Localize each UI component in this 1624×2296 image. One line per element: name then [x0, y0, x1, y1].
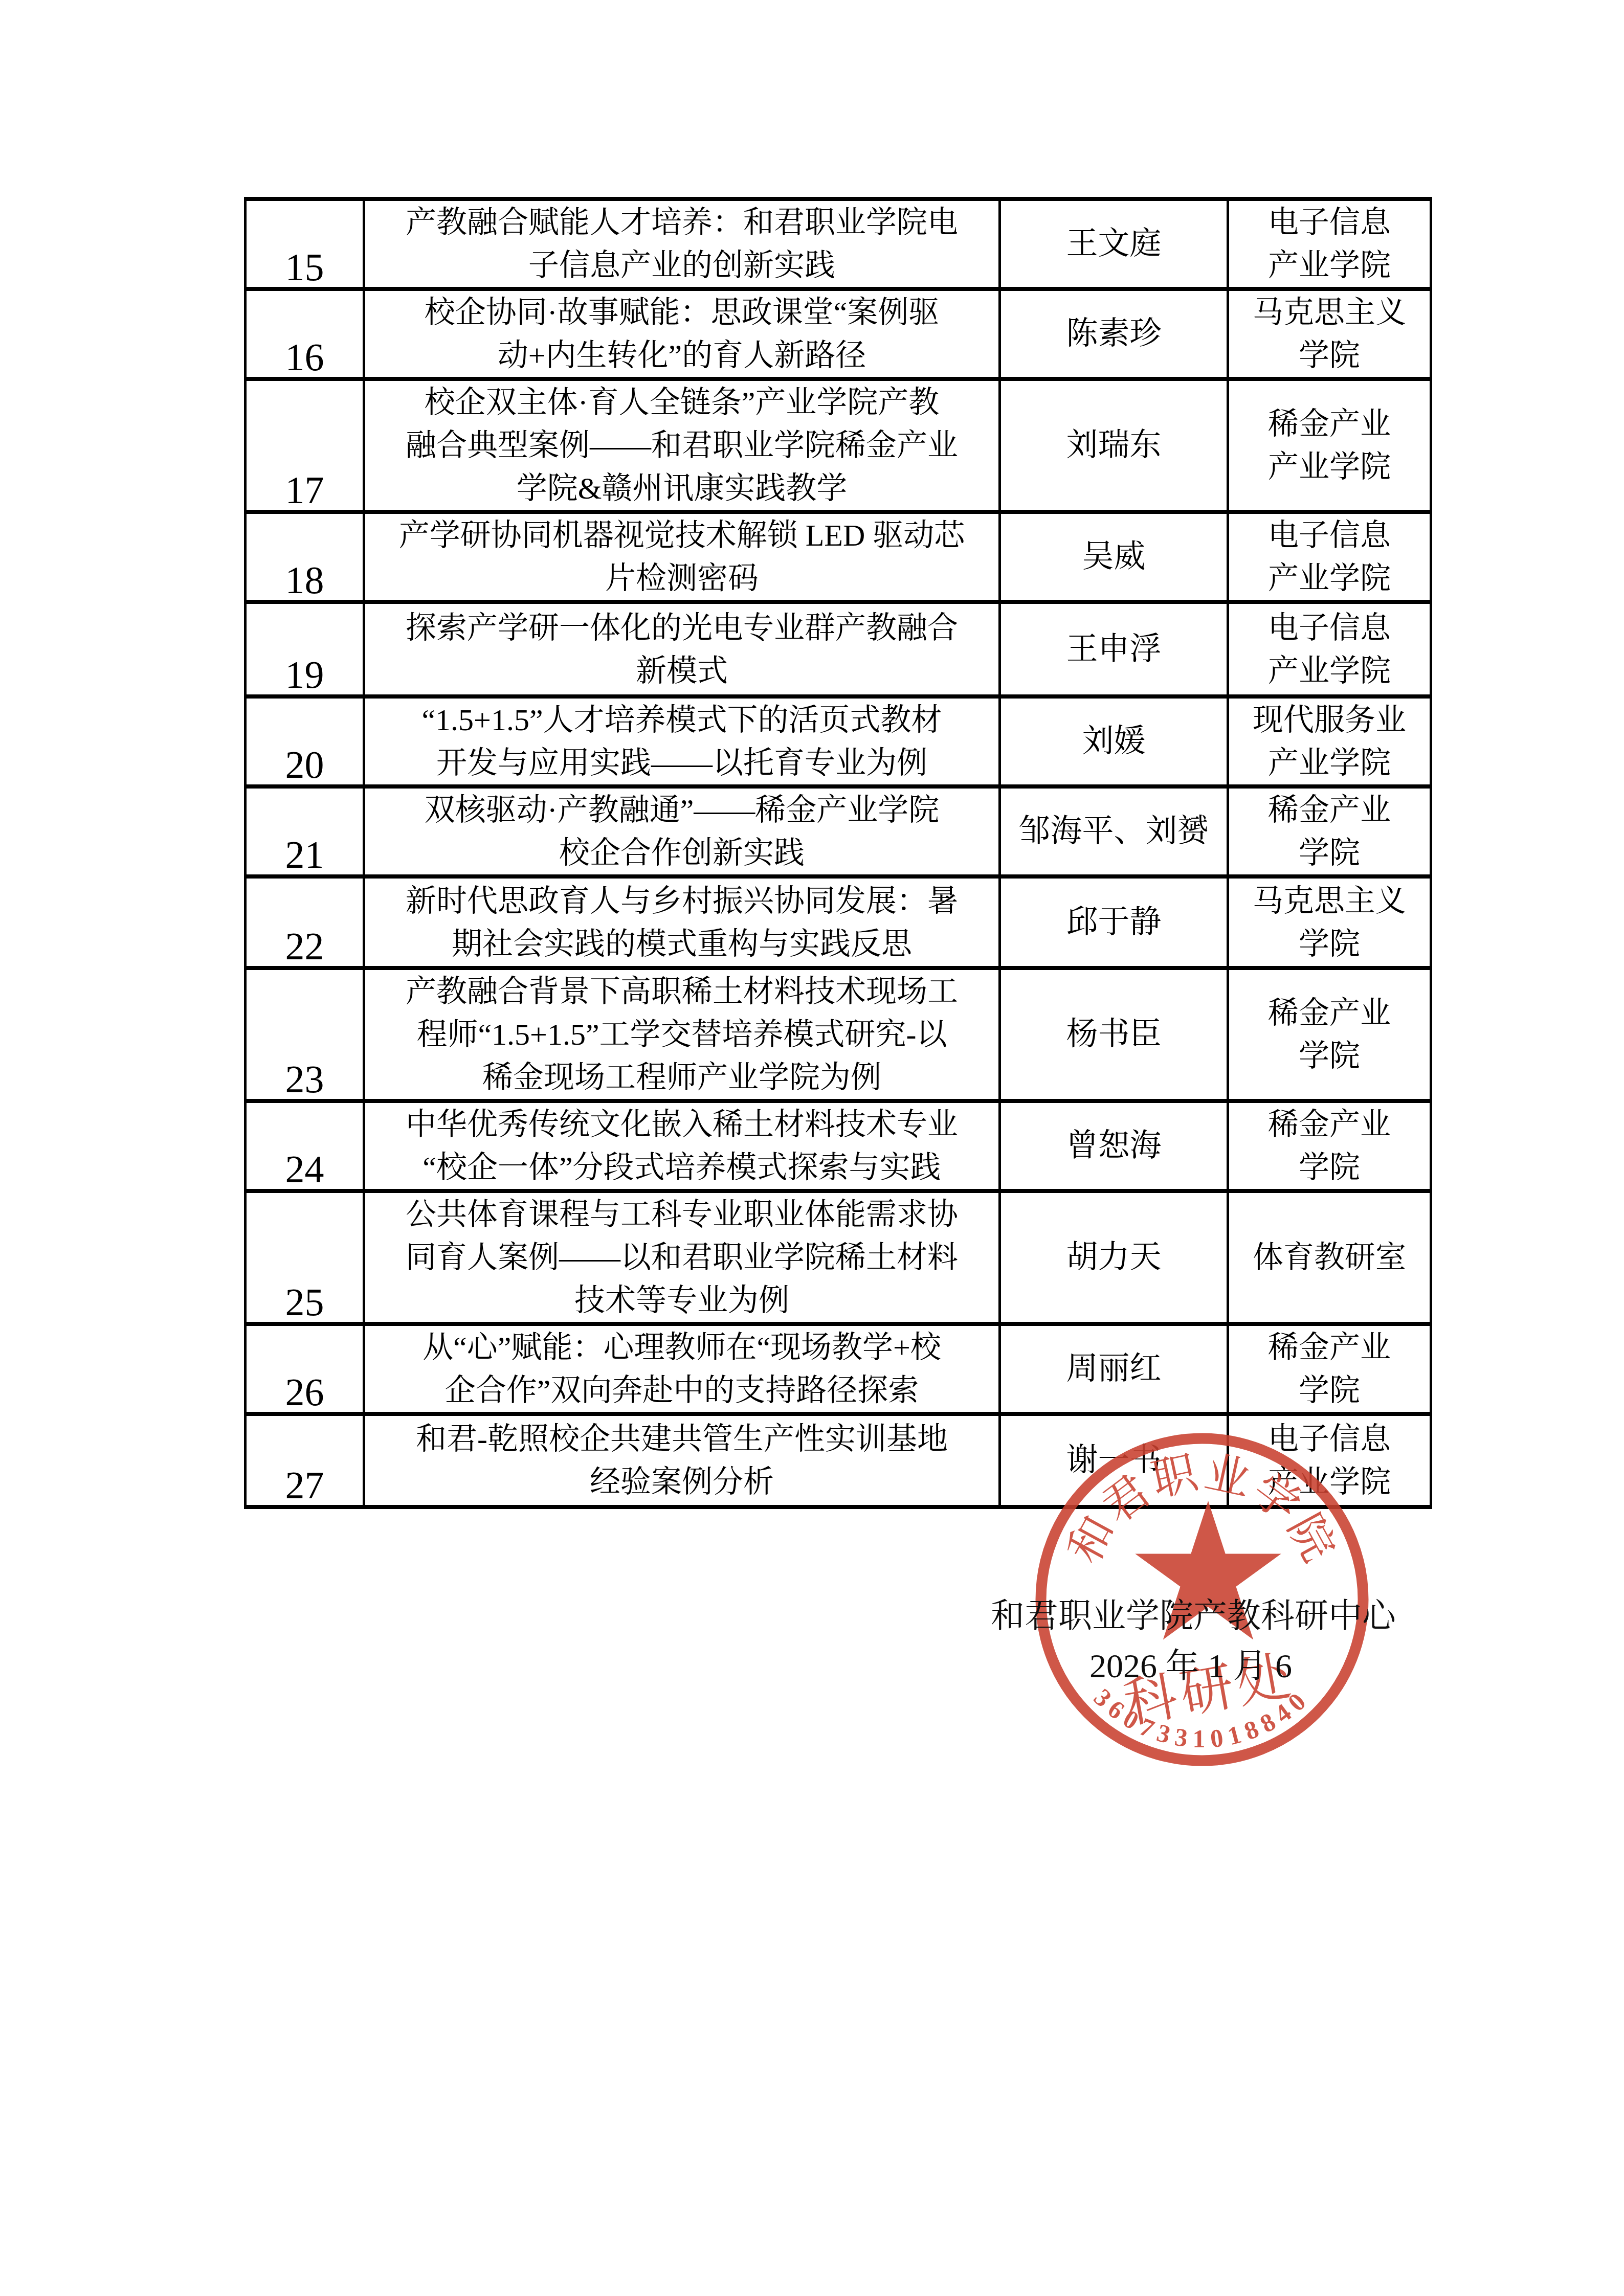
table-row: 24 中华优秀传统文化嵌入稀土材料技术专业 “校企一体”分段式培养模式探索与实践… [246, 1101, 1431, 1191]
case-title: 从“心”赋能：心理教师在“现场教学+校 企合作”双向奔赴中的支持路径探索 [364, 1324, 1000, 1414]
case-number: 17 [246, 379, 364, 512]
table-row: 19 探索产学研一体化的光电专业群产教融合 新模式 王申浮 电子信息 产业学院 [246, 602, 1431, 696]
case-number: 27 [246, 1414, 364, 1507]
case-title: “1.5+1.5”人才培养模式下的活页式教材 开发与应用实践——以托育专业为例 [364, 696, 1000, 786]
table-row: 17 校企双主体·育人全链条”产业学院产教 融合典型案例——和君职业学院稀金产业… [246, 379, 1431, 512]
case-title: 和君-乾照校企共建共管生产性实训基地 经验案例分析 [364, 1414, 1000, 1507]
case-author: 刘瑞东 [1000, 379, 1228, 512]
case-title: 公共体育课程与工科专业职业体能需求协 同育人案例——以和君职业学院稀土材料 技术… [364, 1191, 1000, 1324]
case-number: 25 [246, 1191, 364, 1324]
case-author: 吴威 [1000, 512, 1228, 602]
case-title: 校企协同·故事赋能：思政课堂“案例驱 动+内生转化”的育人新路径 [364, 289, 1000, 379]
case-title: 校企双主体·育人全链条”产业学院产教 融合典型案例——和君职业学院稀金产业 学院… [364, 379, 1000, 512]
table-row: 25 公共体育课程与工科专业职业体能需求协 同育人案例——以和君职业学院稀土材料… [246, 1191, 1431, 1324]
case-department: 电子信息 产业学院 [1228, 512, 1431, 602]
case-author: 邱于静 [1000, 876, 1228, 968]
case-department: 马克思主义 学院 [1228, 289, 1431, 379]
case-title: 双核驱动·产教融通”——稀金产业学院 校企合作创新实践 [364, 786, 1000, 876]
case-department: 稀金产业 学院 [1228, 968, 1431, 1101]
table-row: 16 校企协同·故事赋能：思政课堂“案例驱 动+内生转化”的育人新路径 陈素珍 … [246, 289, 1431, 379]
case-department: 电子信息 产业学院 [1228, 199, 1431, 289]
document-page: 15 产教融合赋能人才培养：和君职业学院电 子信息产业的创新实践 王文庭 电子信… [0, 0, 1624, 2296]
table-row: 26 从“心”赋能：心理教师在“现场教学+校 企合作”双向奔赴中的支持路径探索 … [246, 1324, 1431, 1414]
case-author: 胡力天 [1000, 1191, 1228, 1324]
case-author: 陈素珍 [1000, 289, 1228, 379]
case-author: 曾恕海 [1000, 1101, 1228, 1191]
table-row: 15 产教融合赋能人才培养：和君职业学院电 子信息产业的创新实践 王文庭 电子信… [246, 199, 1431, 289]
case-title: 产学研协同机器视觉技术解锁 LED 驱动芯 片检测密码 [364, 512, 1000, 602]
case-number: 16 [246, 289, 364, 379]
signature-org-line: 和君职业学院产教科研中心 [991, 1600, 1396, 1633]
case-department: 稀金产业 学院 [1228, 1324, 1431, 1414]
case-title: 产教融合背景下高职稀土材料技术现场工 程师“1.5+1.5”工学交替培养模式研究… [364, 968, 1000, 1101]
case-title: 探索产学研一体化的光电专业群产教融合 新模式 [364, 602, 1000, 696]
case-title: 中华优秀传统文化嵌入稀土材料技术专业 “校企一体”分段式培养模式探索与实践 [364, 1101, 1000, 1191]
case-number: 19 [246, 602, 364, 696]
signature-date-line: 2026 年 1 月 6 [1089, 1650, 1292, 1683]
case-number: 20 [246, 696, 364, 786]
table-row: 18 产学研协同机器视觉技术解锁 LED 驱动芯 片检测密码 吴威 电子信息 产… [246, 512, 1431, 602]
table-row: 23 产教融合背景下高职稀土材料技术现场工 程师“1.5+1.5”工学交替培养模… [246, 968, 1431, 1101]
case-department: 稀金产业 学院 [1228, 1101, 1431, 1191]
case-department: 马克思主义 学院 [1228, 876, 1431, 968]
case-title: 产教融合赋能人才培养：和君职业学院电 子信息产业的创新实践 [364, 199, 1000, 289]
case-author: 周丽红 [1000, 1324, 1228, 1414]
case-author: 刘媛 [1000, 696, 1228, 786]
case-department: 电子信息 产业学院 [1228, 602, 1431, 696]
case-number: 23 [246, 968, 364, 1101]
case-number: 21 [246, 786, 364, 876]
case-number: 26 [246, 1324, 364, 1414]
case-list-table: 15 产教融合赋能人才培养：和君职业学院电 子信息产业的创新实践 王文庭 电子信… [244, 197, 1432, 1509]
case-author: 王文庭 [1000, 199, 1228, 289]
case-department: 稀金产业 产业学院 [1228, 379, 1431, 512]
case-author: 邹海平、刘赟 [1000, 786, 1228, 876]
case-number: 24 [246, 1101, 364, 1191]
table-row: 20 “1.5+1.5”人才培养模式下的活页式教材 开发与应用实践——以托育专业… [246, 696, 1431, 786]
table-row: 22 新时代思政育人与乡村振兴协同发展：暑 期社会实践的模式重构与实践反思 邱于… [246, 876, 1431, 968]
case-number: 18 [246, 512, 364, 602]
case-number: 15 [246, 199, 364, 289]
case-title: 新时代思政育人与乡村振兴协同发展：暑 期社会实践的模式重构与实践反思 [364, 876, 1000, 968]
case-number: 22 [246, 876, 364, 968]
case-department: 稀金产业 学院 [1228, 786, 1431, 876]
case-department: 现代服务业 产业学院 [1228, 696, 1431, 786]
case-author: 王申浮 [1000, 602, 1228, 696]
case-author: 杨书臣 [1000, 968, 1228, 1101]
case-department: 体育教研室 [1228, 1191, 1431, 1324]
table-row: 21 双核驱动·产教融通”——稀金产业学院 校企合作创新实践 邹海平、刘赟 稀金… [246, 786, 1431, 876]
